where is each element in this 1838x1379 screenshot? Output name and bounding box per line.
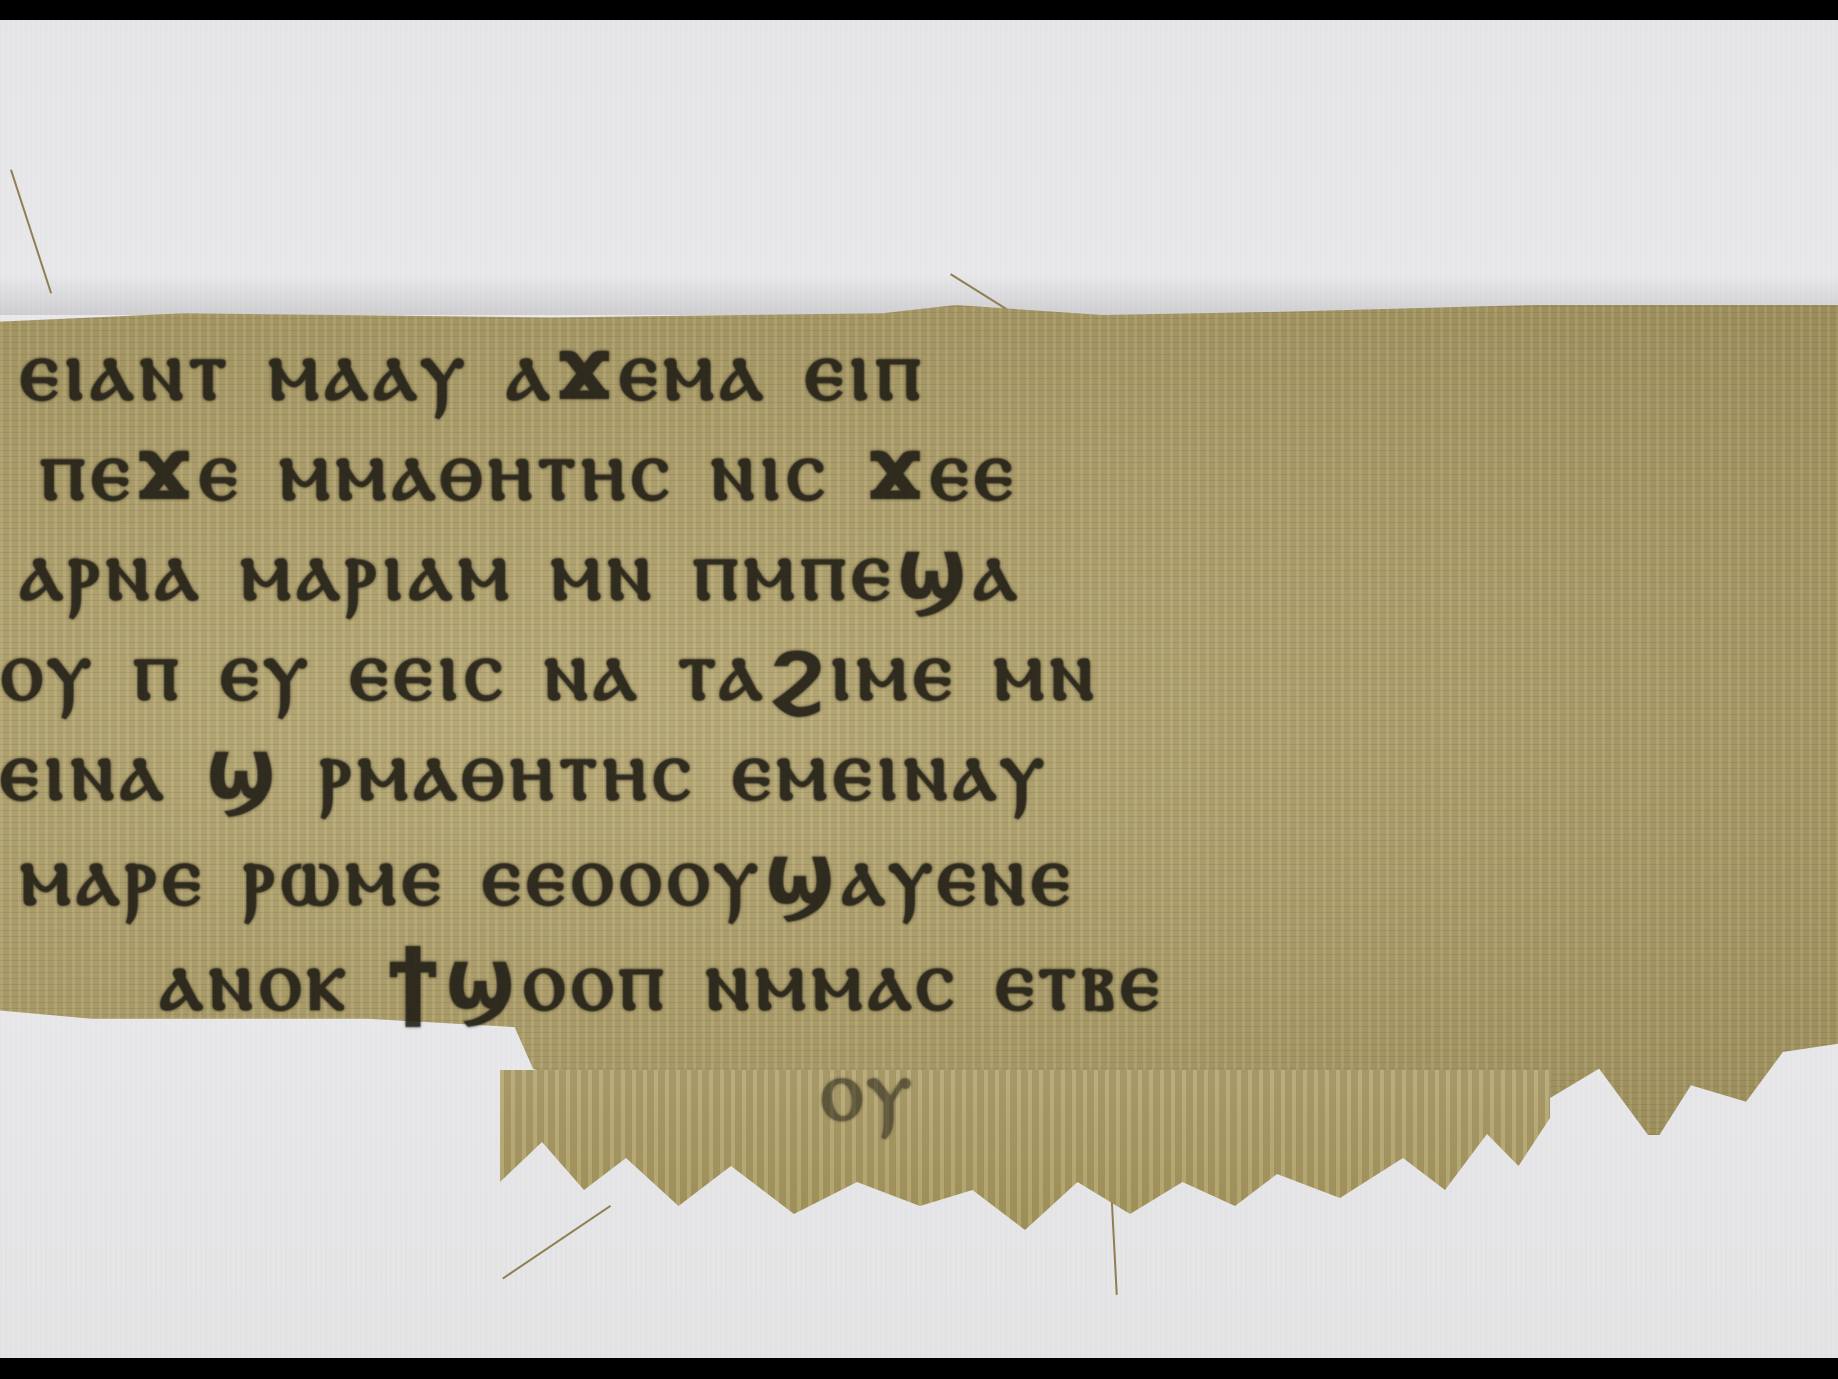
text-line: ⲙⲁⲣⲉ ⲣⲱⲙⲉ ⲉⲉⲟⲟⲟⲩϣⲁⲩⲉⲛⲉ <box>20 825 1075 927</box>
text-line: ⲟⲩ ⲡ ⲉⲩ ⲉⲉⲓⲥ ⲛⲁ ⲧⲁϩⲓⲙⲉ ⲙⲛ <box>0 620 1100 722</box>
papyrus-frayed-bottom <box>500 1070 1550 1230</box>
text-line: ⲁⲛⲟⲕ ϯϣⲟⲟⲡ ⲛⲙⲙⲁⲥ ⲉⲧⲃⲉ <box>160 930 1165 1032</box>
photograph: ⲉⲓⲁⲛⲧ ⲙⲁⲁⲩ ⲁϫⲉⲙⲁ ⲉⲓⲡ ⲡⲉϫⲉ ⲙⲙⲁⲑⲏⲧⲏⲥ ⲛⲓⲥ ϫ… <box>0 20 1838 1358</box>
text-line: ⲟⲩ <box>820 1040 917 1142</box>
text-line: ⲉⲓⲁⲛⲧ ⲙⲁⲁⲩ ⲁϫⲉⲙⲁ ⲉⲓⲡ <box>20 320 927 422</box>
text-line: ⲉⲓⲛⲁ ϣ ⲣⲙⲁⲑⲏⲧⲏⲥ ⲉⲙⲉⲓⲛⲁⲩ <box>0 720 1050 822</box>
letterbox-top-bar <box>0 0 1838 20</box>
letterbox-bottom-bar <box>0 1358 1838 1379</box>
loose-fiber <box>502 1205 611 1279</box>
text-line: ⲁⲣⲛⲁ ⲙⲁⲣⲓⲁⲙ ⲙⲛ ⲡⲙⲡⲉϣⲁ <box>20 520 1023 622</box>
text-line: ⲡⲉϫⲉ ⲙⲙⲁⲑⲏⲧⲏⲥ ⲛⲓⲥ ϫⲉⲉ <box>40 420 1018 522</box>
